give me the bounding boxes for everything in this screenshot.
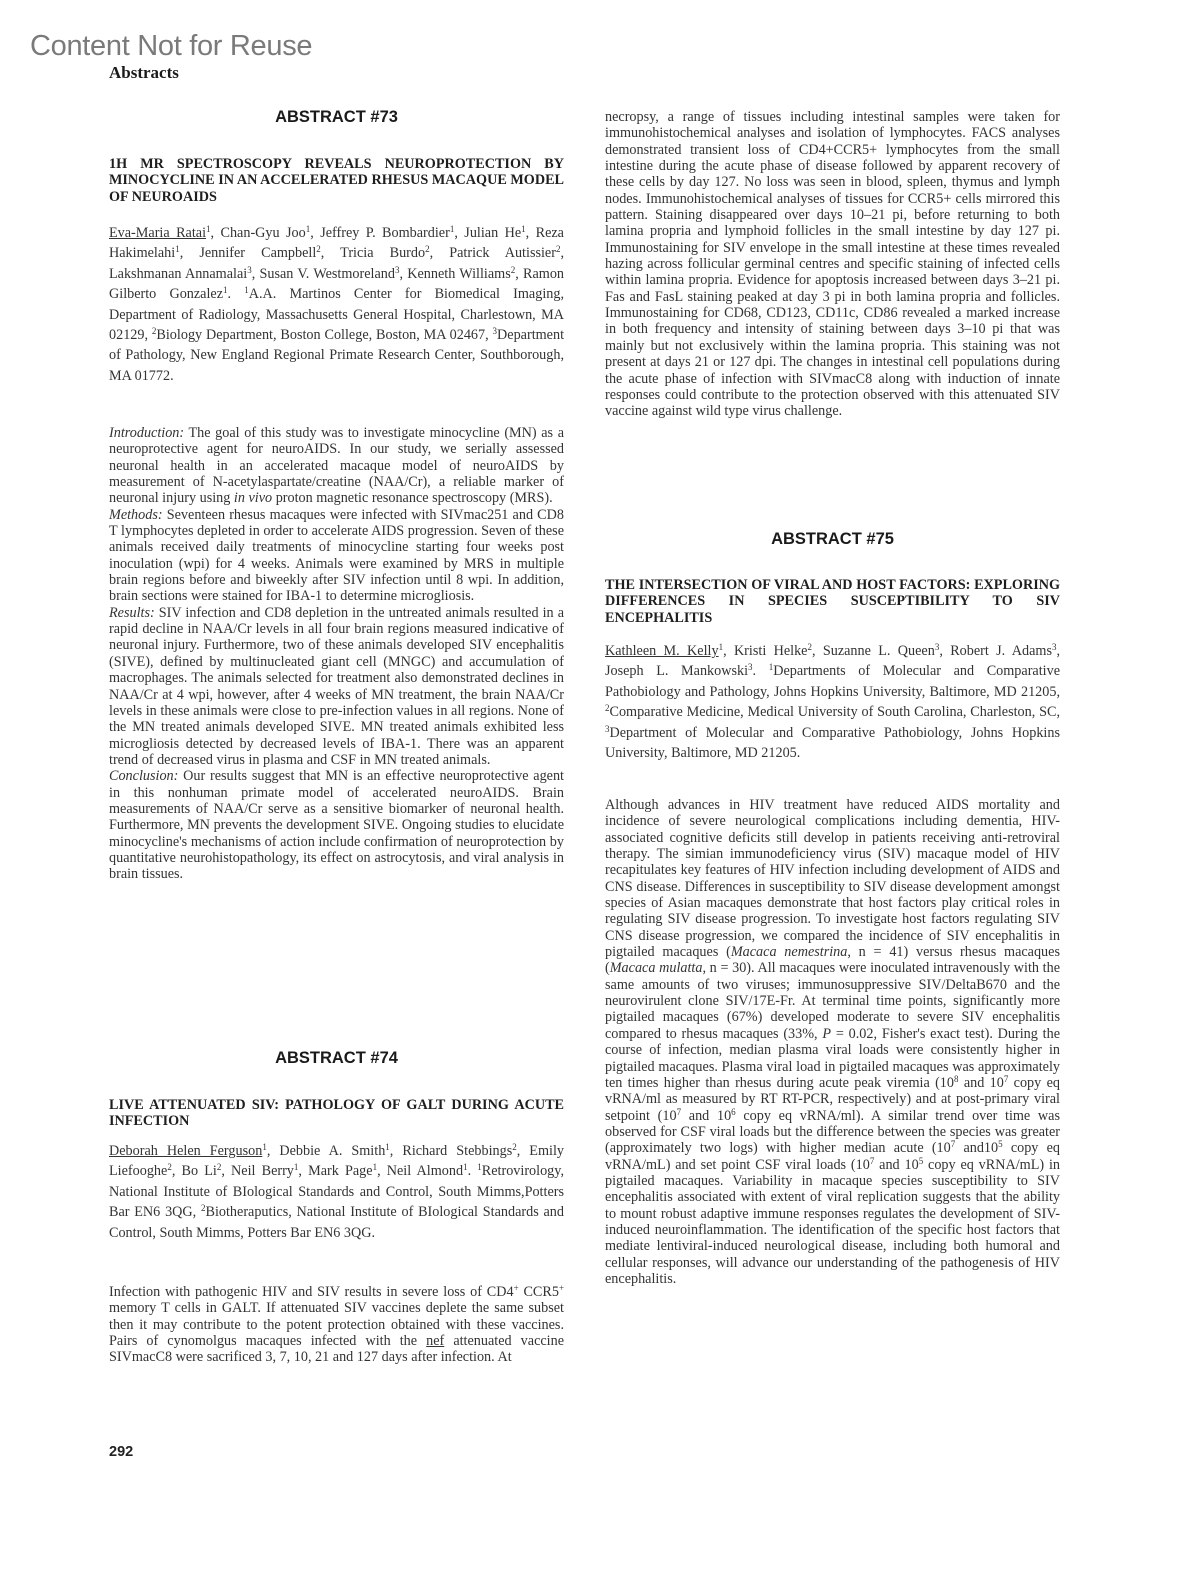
abstract-74-authors: Deborah Helen Ferguson1, Debbie A. Smith… [109, 1141, 564, 1243]
abstract-73-title: 1H MR SPECTROSCOPY REVEALS NEUROPROTECTI… [109, 156, 564, 205]
abstract-75-authors: Kathleen M. Kelly1, Kristi Helke2, Suzan… [605, 641, 1060, 763]
abstract-73-number: ABSTRACT #73 [109, 108, 564, 127]
watermark: Content Not for Reuse [30, 30, 312, 63]
abstract-74-number: ABSTRACT #74 [109, 1049, 564, 1068]
abstract-75-body: Although advances in HIV treatment have … [605, 797, 1060, 1287]
abstract-74-body-part1: Infection with pathogenic HIV and SIV re… [109, 1284, 564, 1366]
paragraph: Conclusion: Our results suggest that MN … [109, 768, 564, 882]
abstract-75-number: ABSTRACT #75 [605, 530, 1060, 549]
abstract-74-body-part2: necropsy, a range of tissues including i… [605, 109, 1060, 420]
paragraph: necropsy, a range of tissues including i… [605, 109, 1060, 420]
paragraph: Results: SIV infection and CD8 depletion… [109, 605, 564, 768]
page-number: 292 [109, 1444, 133, 1460]
paragraph: Infection with pathogenic HIV and SIV re… [109, 1284, 564, 1366]
abstract-75-title: THE INTERSECTION OF VIRAL AND HOST FACTO… [605, 577, 1060, 626]
section-label: Abstracts [109, 63, 179, 83]
paragraph: Introduction: The goal of this study was… [109, 425, 564, 507]
abstract-73-authors: Eva-Maria Ratai1, Chan-Gyu Joo1, Jeffrey… [109, 223, 564, 386]
abstract-74-title: LIVE ATTENUATED SIV: PATHOLOGY OF GALT D… [109, 1097, 564, 1130]
abstract-73-body: Introduction: The goal of this study was… [109, 425, 564, 883]
paragraph: Although advances in HIV treatment have … [605, 797, 1060, 1287]
paragraph: Methods: Seventeen rhesus macaques were … [109, 507, 564, 605]
